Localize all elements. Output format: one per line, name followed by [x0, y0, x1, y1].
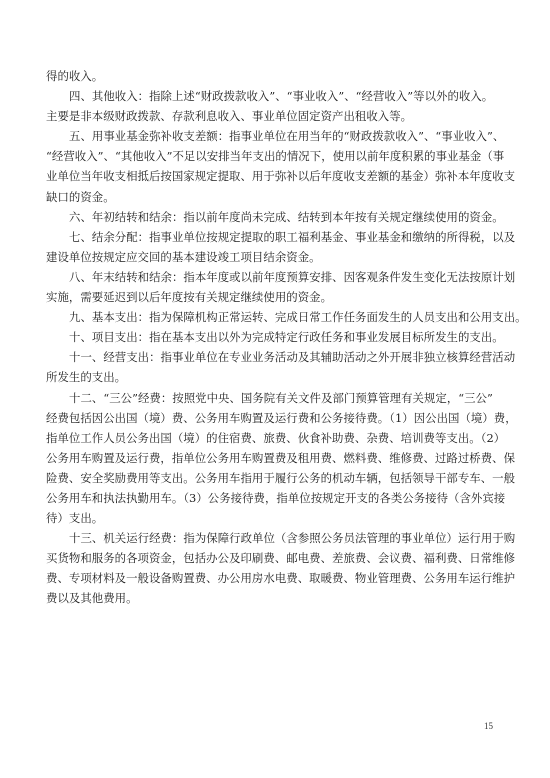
document-page: 得的收入。 四、其他收入：指除上述“财政拨款收入”、“事业收入”、“经营收入”等… [0, 0, 550, 778]
text-line: 公务用车购置及运行费，指单位公务用车购置费及租用费、燃料费、维修费、过路过桥费、… [46, 448, 504, 468]
text-line: 买货物和服务的各项资金，包括办公及印刷费、邮电费、差旅费、会议费、福利费、日常维… [46, 548, 504, 568]
text-line: 业单位当年收支相抵后按国家规定提取、用于弥补以后年度收支差额的基金）弥补本年度收… [46, 166, 504, 186]
paragraph-basic-expenditure: 九、基本支出：指为保障机构正常运转、完成日常工作任务面发生的人员支出和公用支出。 [46, 307, 504, 327]
text-line: 经费包括因公出国（境）费、公务用车购置及运行费和公务接待费。（1）因公出国（境）… [46, 408, 504, 428]
paragraph-three-public-expenses: 十二、“三公”经费：按照党中央、国务院有关文件及部门预算管理有关规定，“三公” [46, 388, 504, 408]
text-line: 费、专项材料及一般设备购置费、办公用房水电费、取暖费、物业管理费、公务用车运行维… [46, 568, 504, 588]
paragraph-operating-expenditure: 十一、经营支出：指事业单位在专业业务活动及其辅助活动之外开展非独立核算经营活动 [46, 347, 504, 367]
paragraph-beginning-carryover: 六、年初结转和结余：指以前年度尚未完成、结转到本年按有关规定继续使用的资金。 [46, 207, 504, 227]
paragraph-other-income: 四、其他收入：指除上述“财政拨款收入”、“事业收入”、“经营收入”等以外的收入。 [46, 86, 504, 106]
text-line: 公务用车和执法执勤用车。（3）公务接待费，指单位按规定开支的各类公务接待（含外宾… [46, 488, 504, 508]
text-line: 得的收入。 [46, 66, 504, 86]
paragraph-agency-operating-costs: 十三、机关运行经费：指为保障行政单位（含参照公务员法管理的事业单位）运行用于购 [46, 528, 504, 548]
text-line: 缺口的资金。 [46, 187, 504, 207]
text-line: 所发生的支出。 [46, 367, 504, 387]
text-line: 险费、安全奖励费用等支出。公务用车指用于履行公务的机动车辆，包括领导干部专车、一… [46, 468, 504, 488]
text-line: 待）支出。 [46, 508, 504, 528]
paragraph-project-expenditure: 十、项目支出：指在基本支出以外为完成特定行政任务和事业发展目标所发生的支出。 [46, 327, 504, 347]
text-line: 费以及其他费用。 [46, 588, 504, 608]
document-body: 得的收入。 四、其他收入：指除上述“财政拨款收入”、“事业收入”、“经营收入”等… [46, 66, 504, 609]
text-line: 建设单位按规定应交回的基本建设竣工项目结余资金。 [46, 247, 504, 267]
text-line: 主要是非本级财政拨款、存款利息收入、事业单位固定资产出租收入等。 [46, 106, 504, 126]
paragraph-ending-carryover: 八、年末结转和结余：指本年度或以前年度预算安排、因客观条件发生变化无法按原计划 [46, 267, 504, 287]
paragraph-fund-balance: 五、用事业基金弥补收支差额：指事业单位在用当年的“财政拨款收入”、“事业收入”、 [46, 126, 504, 146]
paragraph-surplus-distribution: 七、结余分配：指事业单位按规定提取的职工福利基金、事业基金和缴纳的所得税，以及 [46, 227, 504, 247]
page-number: 15 [484, 721, 493, 731]
text-line: 实施，需要延迟到以后年度按有关规定继续使用的资金。 [46, 287, 504, 307]
text-line: “经营收入”、“其他收入”不足以安排当年支出的情况下，使用以前年度积累的事业基金… [46, 146, 504, 166]
text-line: 指单位工作人员公务出国（境）的住宿费、旅费、伙食补助费、杂费、培训费等支出。（2… [46, 428, 504, 448]
